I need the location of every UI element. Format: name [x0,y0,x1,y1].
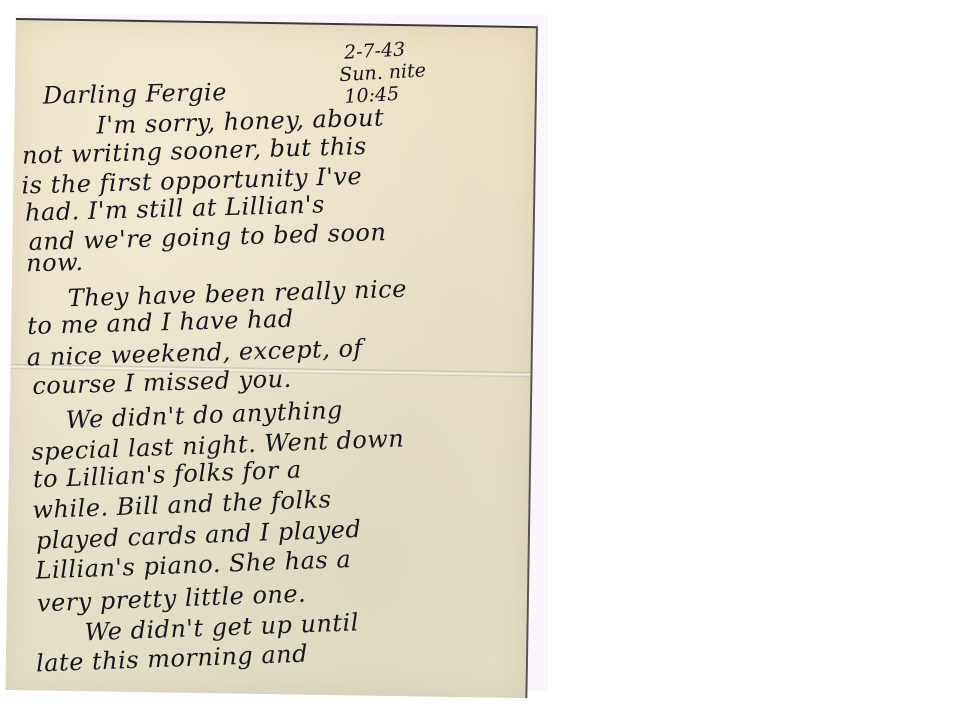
letter-line: now. [26,248,84,278]
salutation: Darling Fergie [43,78,228,110]
letter-line: course I missed you. [32,365,292,400]
dateline: 2-7-43 Sun. nite 10:45 [337,37,427,108]
letter-line: to me and I have had [27,305,294,340]
letter-day: Sun. nite [339,59,427,86]
letter-page: 2-7-43 Sun. nite 10:45 Darling Fergie I'… [5,18,537,698]
letter-line: a nice weekend, except, of [26,334,363,371]
letter-line: late this morning and [36,640,309,678]
letter-content: 2-7-43 Sun. nite 10:45 Darling Fergie I'… [5,20,535,698]
